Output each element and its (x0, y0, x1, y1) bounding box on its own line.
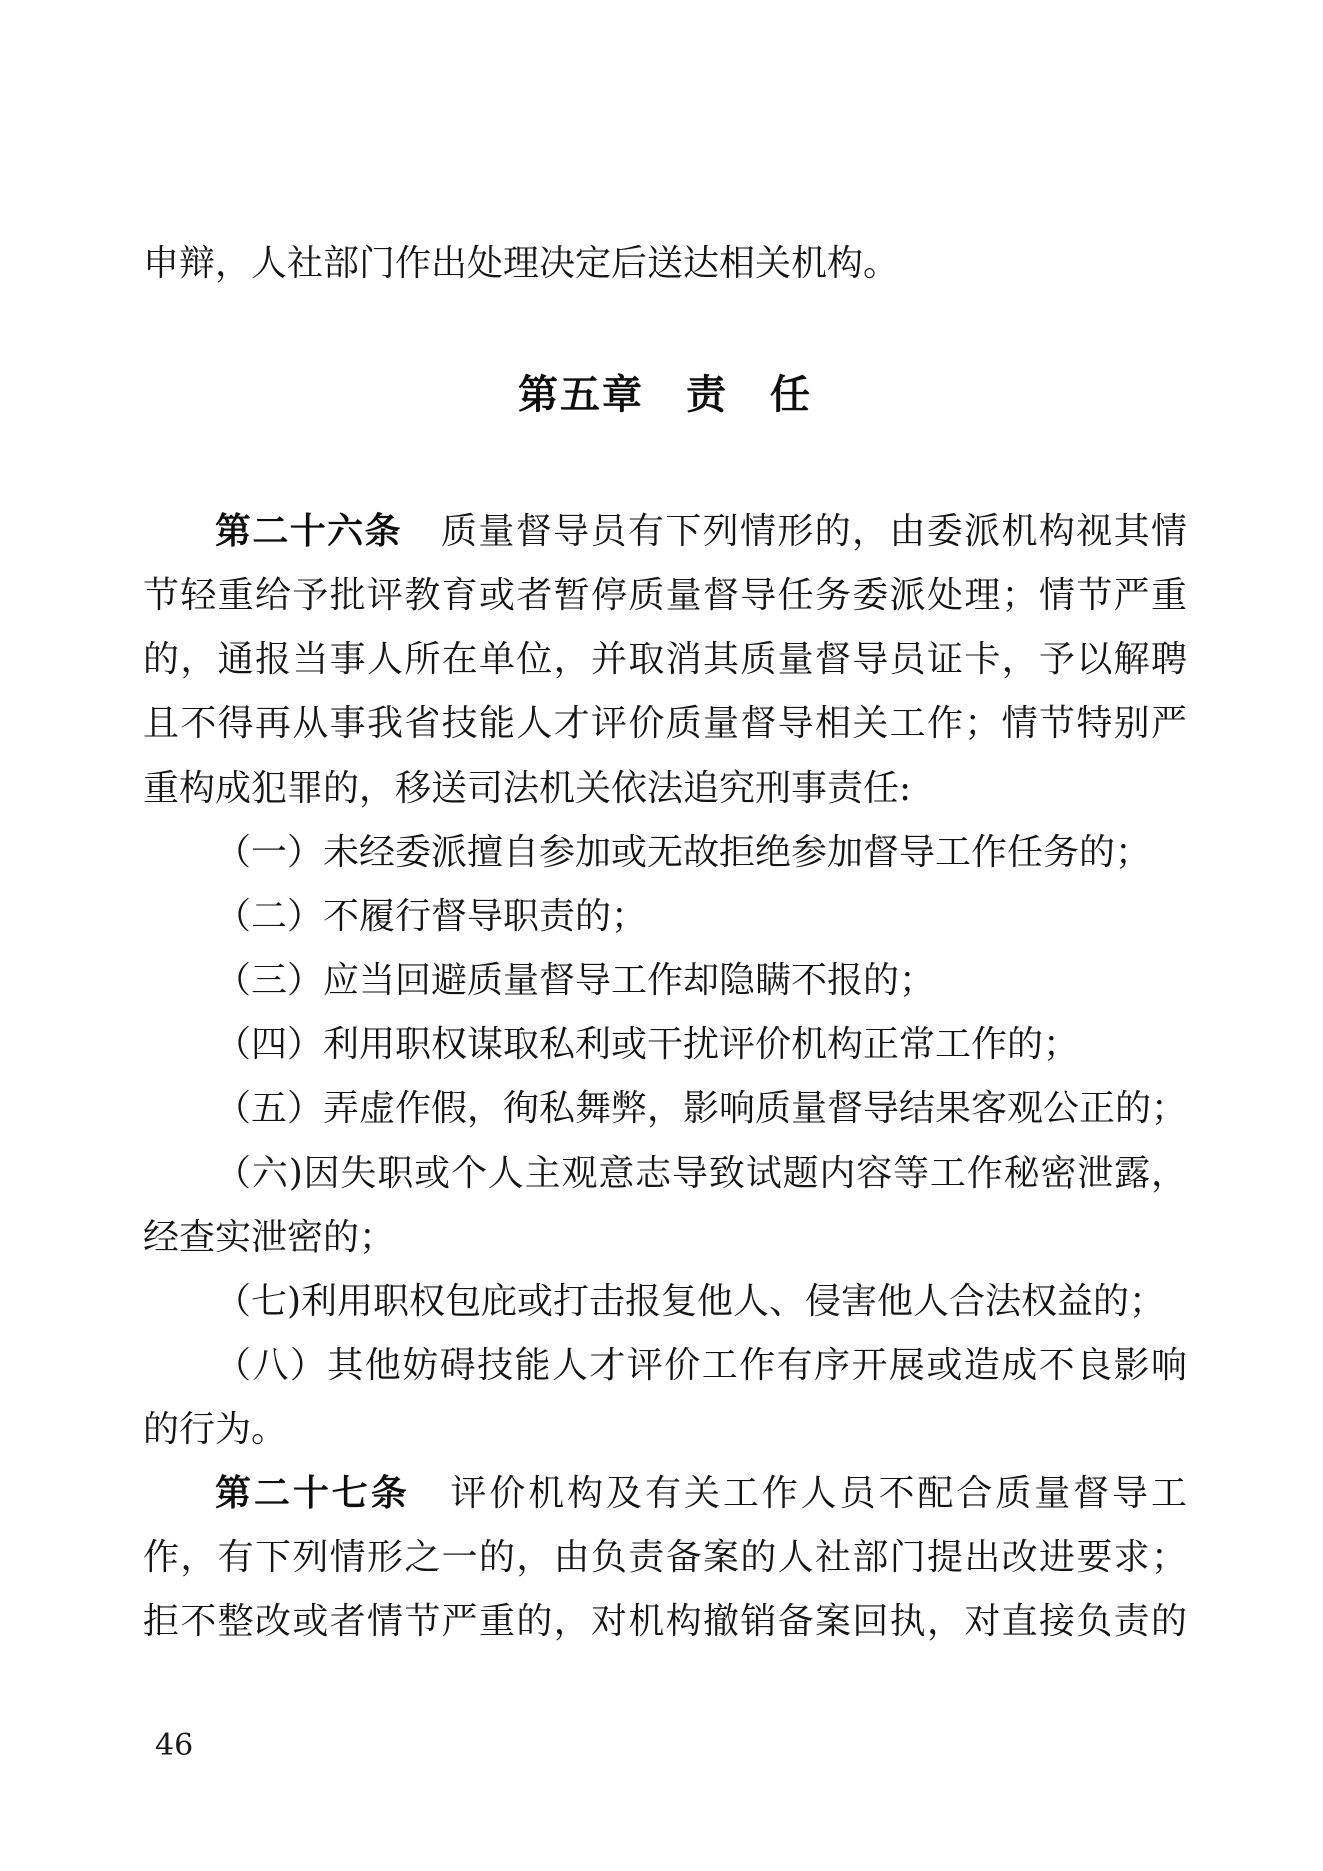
article-26-intro-line-3: 的，通报当事人所在单位，并取消其质量督导员证卡，予以解聘 (143, 628, 1187, 692)
article-26-intro-line-5: 重构成犯罪的，移送司法机关依法追究刑事责任: (143, 757, 1187, 821)
article-number-spacer (402, 542, 440, 543)
article-26-item-4: （四）利用职权谋取私利或干扰评价机构正常工作的； (143, 1013, 1187, 1077)
continuation-paragraph-line: 申辩，人社部门作出处理决定后送达相关机构。 (143, 232, 1187, 296)
article-26-intro-text: 质量督导员有下列情形的，由委派机构视其情 (440, 511, 1187, 552)
document-page: 申辩，人社部门作出处理决定后送达相关机构。 第五章 责 任 第二十六条质量督导员… (0, 0, 1323, 1871)
chapter-heading: 第五章 责 任 (143, 371, 1187, 419)
article-number-spacer (410, 1504, 448, 1505)
article-27-line-2: 作，有下列情形之一的，由负责备案的人社部门提出改进要求； (143, 1526, 1187, 1590)
article-26-item-7: （七)利用职权包庇或打击报复他人、侵害他人合法权益的； (143, 1270, 1187, 1334)
article-26-item-3: （三）应当回避质量督导工作却隐瞒不报的； (143, 949, 1187, 1013)
article-26-number: 第二十六条 (215, 511, 402, 552)
article-27-number: 第二十七条 (215, 1473, 410, 1514)
article-26-item-8-line-1: （八）其他妨碍技能人才评价工作有序开展或造成不良影响 (143, 1334, 1187, 1398)
article-26-opening-line: 第二十六条质量督导员有下列情形的，由委派机构视其情 (143, 500, 1187, 564)
article-26-item-5: （五）弄虚作假，徇私舞弊，影响质量督导结果客观公正的； (143, 1077, 1187, 1141)
article-26-intro-line-2: 节轻重给予批评教育或者暂停质量督导任务委派处理；情节严重 (143, 564, 1187, 628)
article-26-item-8-line-2: 的行为。 (143, 1398, 1187, 1462)
article-27-opening-line: 第二十七条评价机构及有关工作人员不配合质量督导工 (143, 1462, 1187, 1526)
article-26-item-1: （一）未经委派擅自参加或无故拒绝参加督导工作任务的； (143, 821, 1187, 885)
article-26-intro-line-4: 且不得再从事我省技能人才评价质量督导相关工作；情节特别严 (143, 692, 1187, 756)
article-26-item-2: （二）不履行督导职责的； (143, 885, 1187, 949)
page-number: 46 (155, 1726, 193, 1766)
article-26-item-6-line-2: 经查实泄密的； (143, 1206, 1187, 1270)
article-27-line-3: 拒不整改或者情节严重的，对机构撤销备案回执，对直接负责的 (143, 1590, 1187, 1654)
article-27-intro-text: 评价机构及有关工作人员不配合质量督导工 (447, 1473, 1187, 1514)
article-26-item-6-line-1: （六)因失职或个人主观意志导致试题内容等工作秘密泄露， (143, 1142, 1187, 1206)
